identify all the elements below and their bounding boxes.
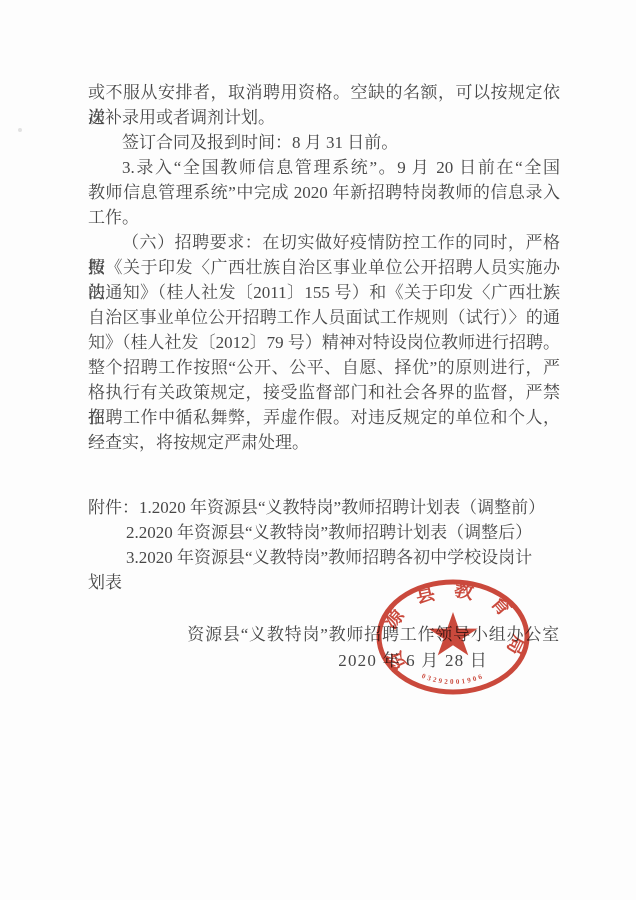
seal-serial: 03292001906 [421, 672, 486, 686]
body-line: 或不服从安排者，取消聘用资格。空缺的名额，可以按规定依次 [88, 80, 560, 105]
body-line: 照《关于印发〈广西壮族自治区事业单位公开招聘人员实施办法〉 [88, 255, 560, 280]
body-line: 格执行有关政策规定，接受监督部门和社会各界的监督，严禁在 [88, 380, 560, 405]
body-line: 工作。 [88, 205, 560, 230]
attachment-line: 2.2020 年资源县“义教特岗”教师招聘计划表（调整后） [88, 520, 560, 545]
body-line: 整个招聘工作按照“公开、公平、自愿、择优”的原则进行，严 [88, 355, 560, 380]
body-line: 递补录用或者调剂计划。 [88, 105, 560, 130]
document-page: 或不服从安排者，取消聘用资格。空缺的名额，可以按规定依次递补录用或者调剂计划。签… [0, 0, 636, 900]
attachment-label: 附件： [88, 498, 139, 517]
attachment-line: 3.2020 年资源县“义教特岗”教师招聘各初中学校设岗计 [88, 545, 560, 570]
body-line: 自治区事业单位公开招聘工作人员面试工作规则（试行）〉的通 [88, 305, 560, 330]
body-line: 签订合同及报到时间：8 月 31 日前。 [88, 130, 560, 155]
body-line: 的通知》（桂人社发〔2011〕155 号）和《关于印发〈广西壮族 [88, 280, 560, 305]
body-line: 知》（桂人社发〔2012〕79 号）精神对特设岗位教师进行招聘。 [88, 330, 560, 355]
official-seal: 资源县教育局 03292001906 [374, 576, 532, 698]
scan-artifact [18, 128, 22, 132]
star-icon [428, 612, 477, 655]
body-line: （六）招聘要求：在切实做好疫情防控工作的同时，严格按 [88, 230, 560, 255]
body-line: 3.录入“全国教师信息管理系统”。9 月 20 日前在“全国 [88, 155, 560, 180]
body-line: 招聘工作中循私舞弊，弄虚作假。对违反规定的单位和个人，一 [88, 405, 560, 430]
body-text: 或不服从安排者，取消聘用资格。空缺的名额，可以按规定依次递补录用或者调剂计划。签… [88, 80, 560, 455]
body-line: 教师信息管理系统”中完成 2020 年新招聘特岗教师的信息录入 [88, 180, 560, 205]
attachment-line: 附件：1.2020 年资源县“义教特岗”教师招聘计划表（调整前） [88, 495, 560, 520]
body-line: 经查实，将按规定严肃处理。 [88, 430, 560, 455]
